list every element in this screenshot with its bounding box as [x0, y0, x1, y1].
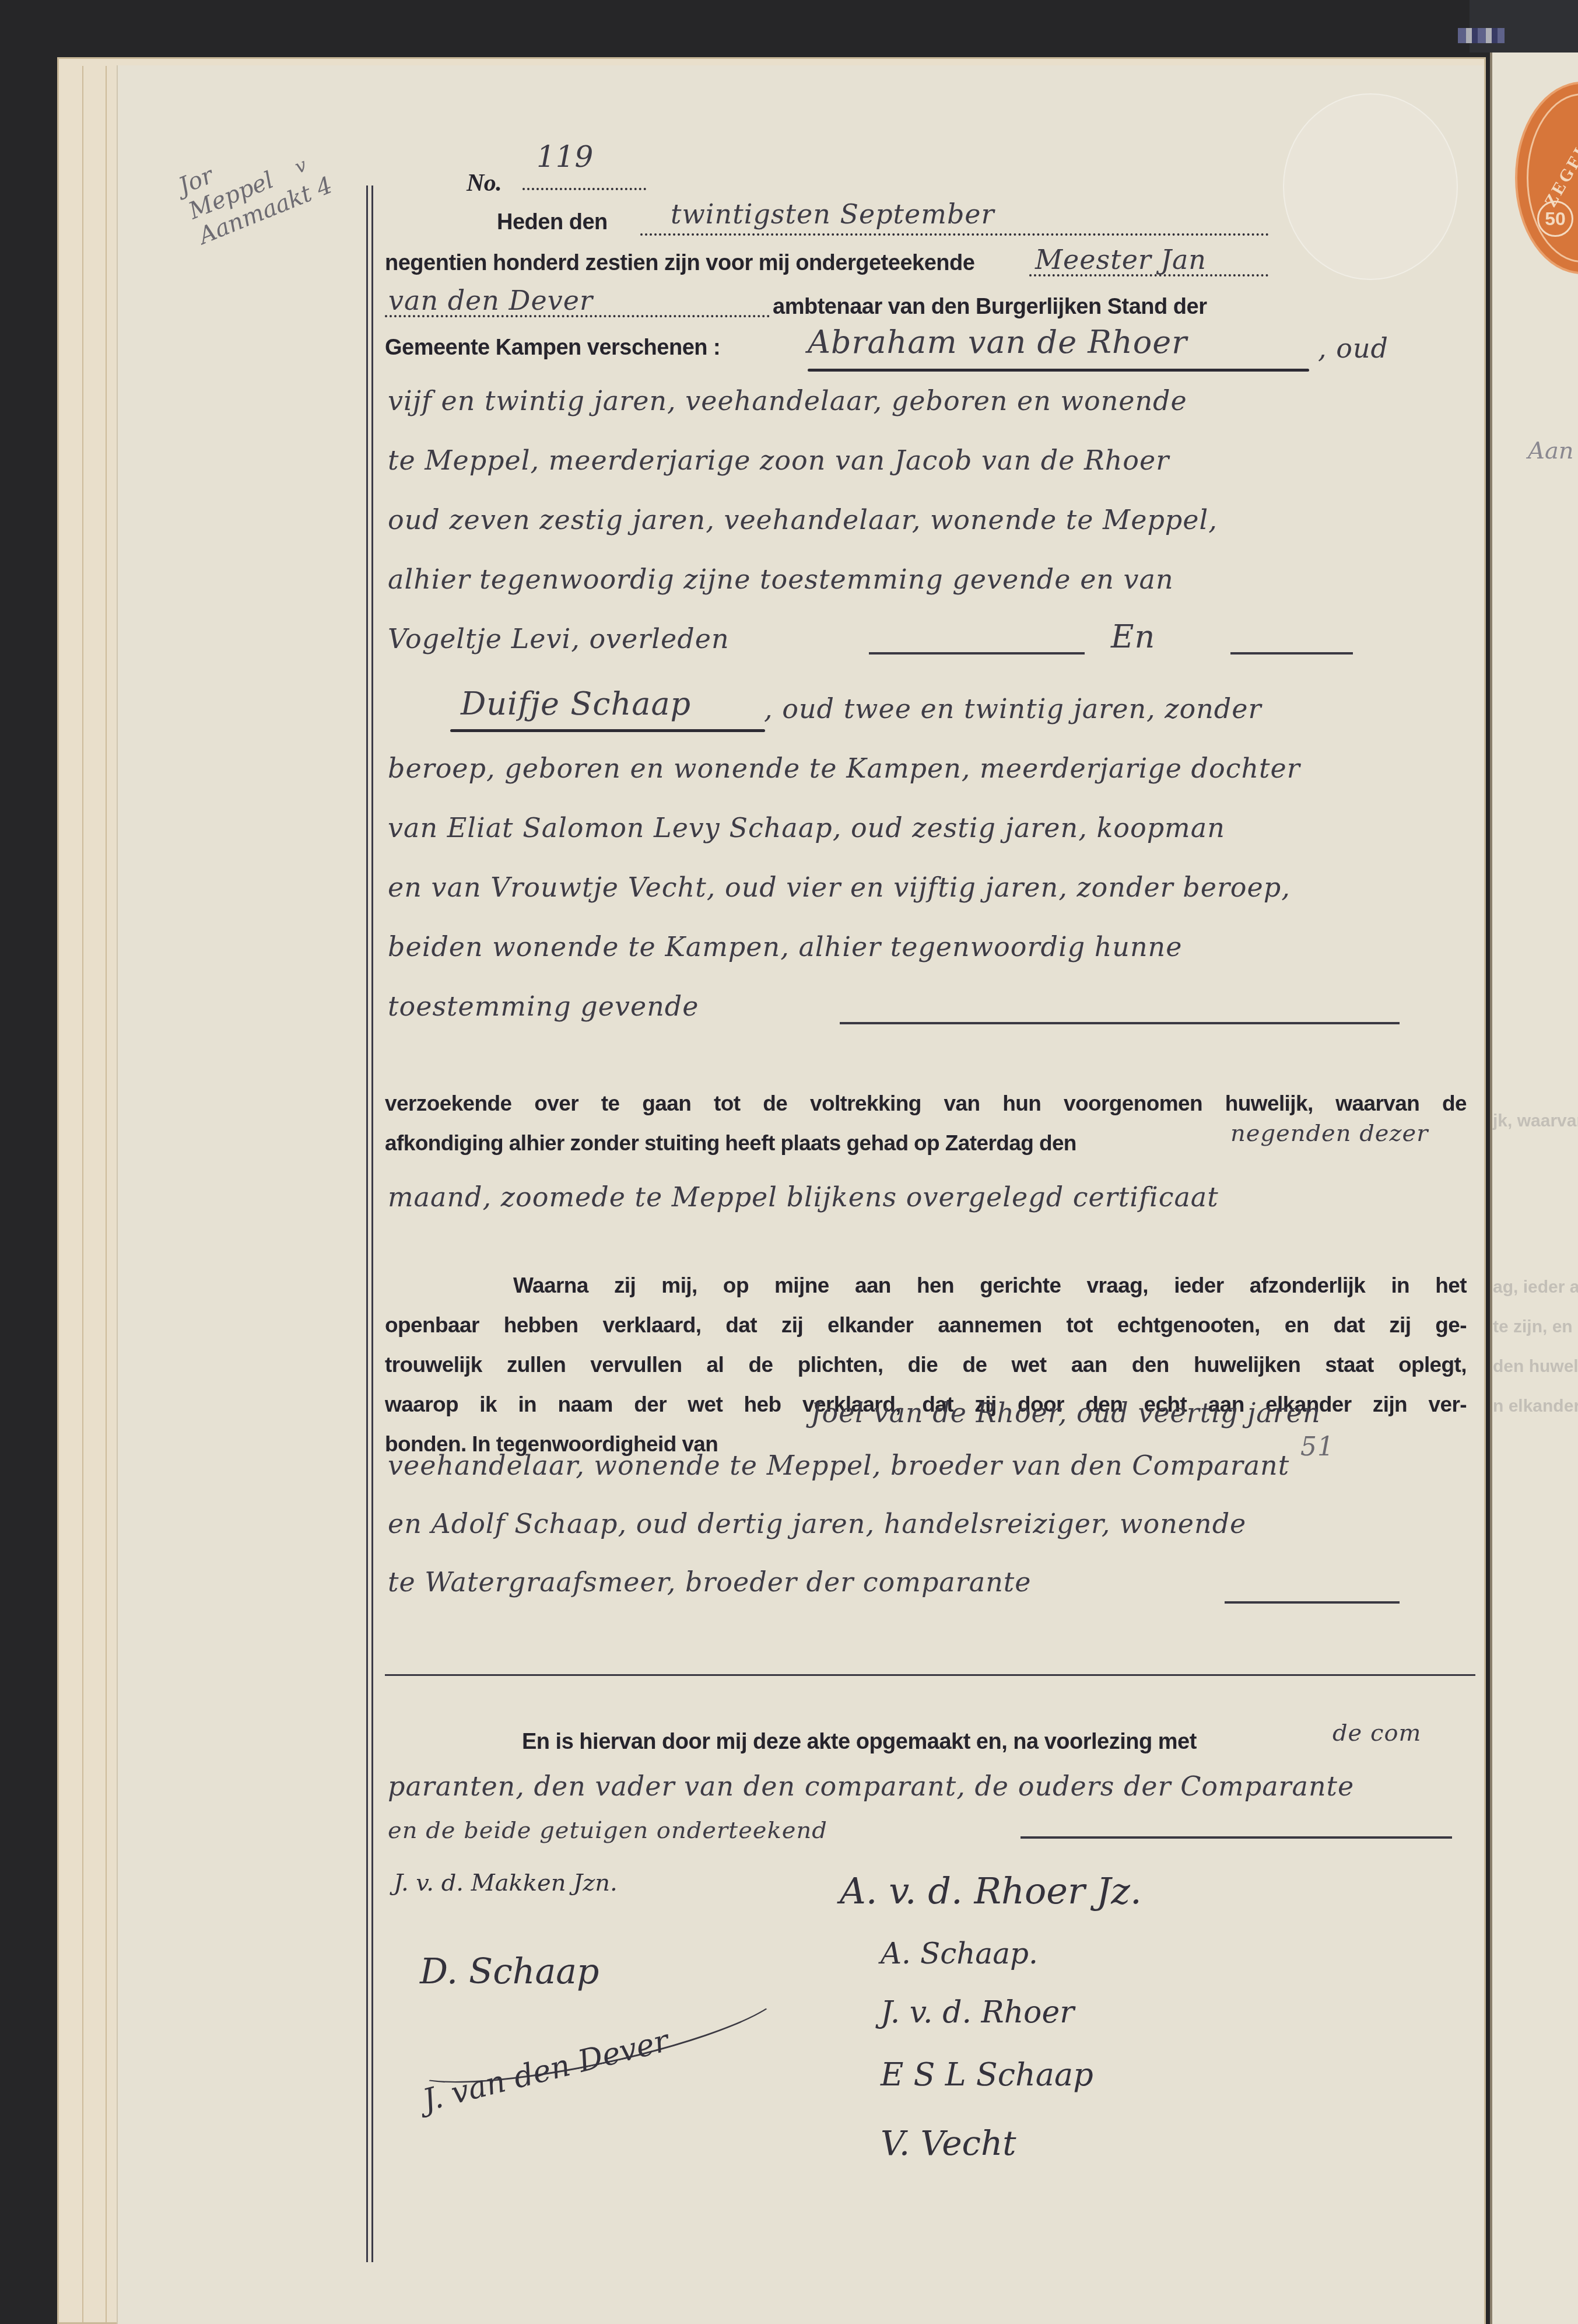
margin-double-rule: [366, 185, 373, 2262]
bride-name: Duifje Schaap: [461, 685, 691, 722]
closing-text: En is hiervan door mij deze akte opgemaa…: [522, 1730, 1197, 1755]
page-edge: [82, 66, 83, 2322]
date-value: twintigsten September: [671, 198, 995, 230]
handwritten-line: van Eliat Salomon Levy Schaap, oud zesti…: [388, 812, 1225, 843]
handwritten-word: En: [1111, 618, 1155, 655]
handwritten-line: te Watergraafsmeer, broeder der comparan…: [388, 1566, 1032, 1598]
handwritten-line: beiden wonende te Kampen, alhier tegenwo…: [388, 931, 1182, 963]
facing-page-edge: [1490, 52, 1578, 2324]
year-label: negentien honderd zestien zijn voor mij …: [385, 251, 974, 276]
signature-witness-2: A. Schaap.: [881, 1937, 1038, 1971]
signature-father-bride: D. Schaap: [420, 1951, 599, 1992]
handwritten-line: paranten, den vader van den comparant, d…: [388, 1770, 1354, 1802]
handwritten-line: vijf en twintig jaren, veehandelaar, geb…: [388, 385, 1187, 416]
bleed-text: ag, ieder afzonderlijk in het: [1493, 1277, 1578, 1297]
gemeente-label: Gemeente Kampen verschenen :: [385, 335, 720, 360]
binding-stitching: [1458, 28, 1505, 43]
printed-line: openbaar hebben verklaard, dat zij elkan…: [385, 1305, 1467, 1345]
signature-mother-bride: V. Vecht: [881, 2123, 1016, 2163]
handwritten-line: en van Vrouwtje Vecht, oud vier en vijft…: [388, 871, 1291, 903]
number-label: No.: [467, 169, 502, 197]
bride-text: , oud twee en twintig jaren, zonder: [764, 693, 1261, 724]
correction-mark: 51: [1300, 1432, 1334, 1462]
date-dotted-line: [640, 233, 1269, 236]
announcement-date: negenden dezer: [1230, 1120, 1428, 1147]
bleed-text: jk, waarvan de: [1493, 1111, 1578, 1131]
bleed-text: den huwelijken staat oplegt,: [1493, 1357, 1578, 1377]
signature-father-groom: J. v. d. Rhoer: [881, 1995, 1074, 2030]
handwritten-line: en Adolf Schaap, oud dertig jaren, hande…: [388, 1508, 1246, 1539]
official-name-1: Meester Jan: [1035, 244, 1207, 275]
handwritten-word: de com: [1332, 1720, 1421, 1746]
handwritten-line: veehandelaar, wonende te Meppel, broeder…: [388, 1450, 1289, 1481]
handwritten-line: en de beide getuigen onderteekend: [388, 1817, 827, 1844]
handwritten-line: oud zeven zestig jaren, veehandelaar, wo…: [388, 504, 1218, 535]
printed-line: trouwelijk zullen vervullen al de plicht…: [385, 1345, 1467, 1385]
printed-line: verzoekende over te gaan tot de voltrekk…: [385, 1084, 1467, 1123]
fill-line: [1230, 652, 1353, 654]
facing-page-note: Aan: [1528, 437, 1574, 464]
signature-bride: E S L Schaap: [881, 2056, 1093, 2093]
groom-text: , oud: [1318, 332, 1388, 364]
handwritten-line: Vogeltje Levi, overleden: [388, 623, 730, 654]
book-binding: [1470, 0, 1578, 52]
groom-name: Abraham van de Rhoer: [808, 324, 1187, 360]
fill-line: [1225, 1601, 1400, 1604]
official-dotted-line-2: [385, 315, 770, 317]
section-divider: [385, 1674, 1475, 1676]
fill-line: [1021, 1836, 1452, 1839]
handwritten-line: alhier tegenwoordig zijne toestemming ge…: [388, 563, 1174, 595]
number-dotted-line: [523, 188, 646, 190]
groom-name-underline: [808, 369, 1309, 372]
witness-1: Joel van de Rhoer, oud veertig jaren: [811, 1397, 1321, 1429]
printed-line: Waarna zij mij, op mijne aan hen gericht…: [385, 1266, 1467, 1305]
heden-label: Heden den: [497, 210, 608, 235]
signature-groom: A. v. d. Rhoer Jz.: [840, 1870, 1142, 1912]
bride-name-underline: [450, 729, 765, 732]
handwritten-line: maand, zoomede te Meppel blijkens overge…: [388, 1181, 1219, 1213]
signature-witness: J. v. d. Makken Jzn.: [394, 1870, 618, 1896]
handwritten-line: beroep, geboren en wonende te Kampen, me…: [388, 752, 1300, 784]
ambtenaar-label: ambtenaar van den Burgerlijken Stand der: [773, 295, 1207, 320]
embossed-seal: [1283, 93, 1458, 280]
handwritten-line: te Meppel, meerderjarige zoon van Jacob …: [388, 444, 1169, 476]
handwritten-line: toestemming gevende: [388, 991, 699, 1022]
bleed-text: n elkander zijn ver-: [1493, 1396, 1578, 1416]
stamp-value: 50: [1537, 201, 1573, 237]
fill-line: [869, 652, 1085, 654]
page-edge: [106, 66, 107, 2322]
record-number: 119: [536, 140, 594, 174]
fill-line: [840, 1022, 1400, 1024]
official-name-2: van den Dever: [388, 285, 593, 316]
bleed-text: te zijn, en dat zij ge-: [1493, 1317, 1578, 1337]
